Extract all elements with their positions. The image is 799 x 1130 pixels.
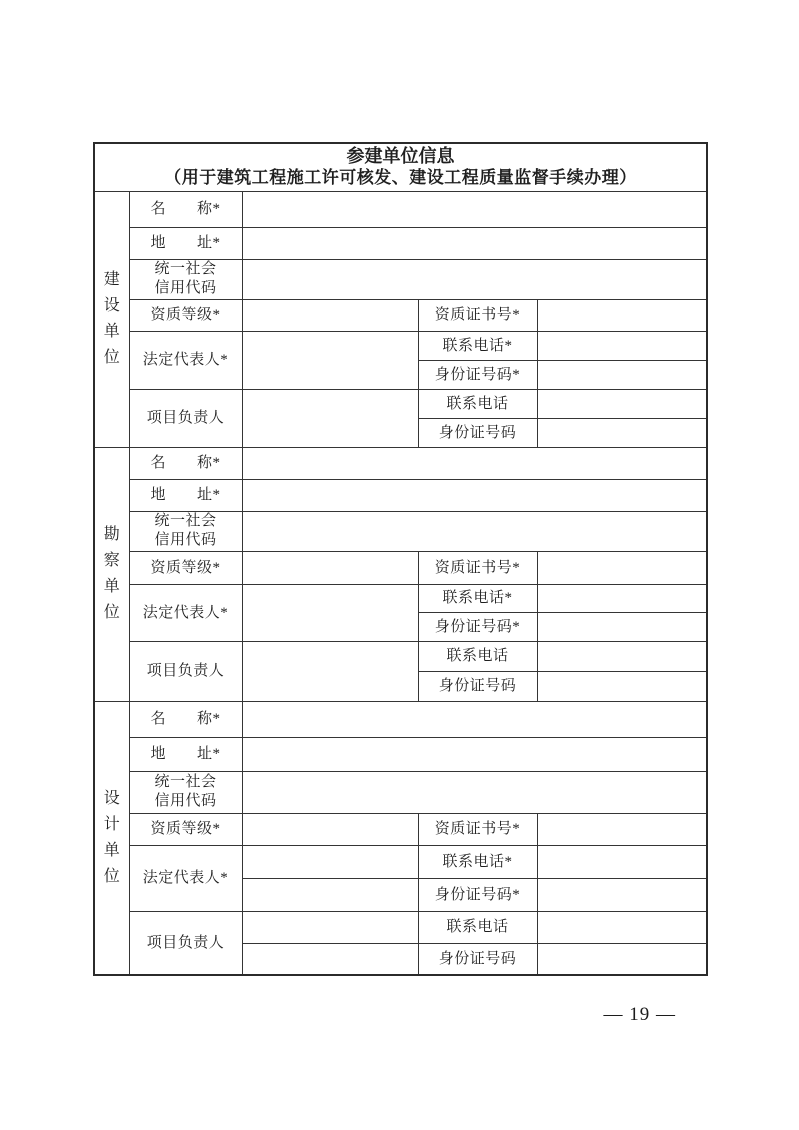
address-label: 地 址* — [129, 227, 242, 259]
pm-phone-value — [537, 389, 707, 418]
legal-id-value — [537, 612, 707, 641]
credit-code-label-line2: 信用代码 — [130, 792, 242, 812]
section-cell-construction-unit: 建设单位 — [94, 191, 129, 447]
address-label: 地 址* — [129, 479, 242, 511]
pm-id-label: 身份证号码 — [418, 671, 537, 701]
legal-phone-label: 联系电话* — [418, 331, 537, 360]
legal-id-label: 身份证号码* — [418, 878, 537, 911]
address-value — [242, 737, 707, 771]
name-value — [242, 447, 707, 479]
legal-phone-value — [537, 331, 707, 360]
legal-phone-label: 联系电话* — [418, 584, 537, 612]
cert-no-label: 资质证书号* — [418, 813, 537, 845]
credit-code-value — [242, 511, 707, 551]
pm-value-upper — [242, 911, 418, 943]
credit-code-label-line1: 统一社会 — [130, 773, 242, 793]
qualification-value — [242, 813, 418, 845]
credit-code-value — [242, 771, 707, 813]
legal-rep-value — [242, 584, 418, 641]
table-subtitle: （用于建筑工程施工许可核发、建设工程质量监督手续办理） — [95, 167, 706, 189]
credit-code-label: 统一社会 信用代码 — [129, 511, 242, 551]
address-value — [242, 227, 707, 259]
participating-units-table: 参建单位信息 （用于建筑工程施工许可核发、建设工程质量监督手续办理） 建设单位 … — [93, 142, 708, 976]
qualification-label: 资质等级* — [129, 551, 242, 584]
name-value — [242, 191, 707, 227]
name-label: 名 称* — [129, 191, 242, 227]
credit-code-label-line1: 统一社会 — [130, 512, 242, 532]
pm-phone-value — [537, 911, 707, 943]
section-label-design-unit: 设计单位 — [103, 786, 120, 890]
legal-id-value — [537, 360, 707, 389]
pm-id-value — [537, 671, 707, 701]
credit-code-label-line2: 信用代码 — [130, 531, 242, 551]
pm-phone-label: 联系电话 — [418, 911, 537, 943]
name-value — [242, 701, 707, 737]
legal-phone-value — [537, 845, 707, 878]
qualification-label: 资质等级* — [129, 299, 242, 331]
pm-label: 项目负责人 — [129, 911, 242, 975]
pm-phone-label: 联系电话 — [418, 389, 537, 418]
qualification-label: 资质等级* — [129, 813, 242, 845]
legal-rep-label: 法定代表人* — [129, 845, 242, 911]
legal-rep-value-lower — [242, 878, 418, 911]
pm-label: 项目负责人 — [129, 389, 242, 447]
cert-no-value — [537, 813, 707, 845]
pm-value — [242, 389, 418, 447]
section-cell-survey-unit: 勘察单位 — [94, 447, 129, 701]
legal-id-label: 身份证号码* — [418, 360, 537, 389]
qualification-value — [242, 551, 418, 584]
address-label: 地 址* — [129, 737, 242, 771]
address-value — [242, 479, 707, 511]
pm-id-label: 身份证号码 — [418, 418, 537, 447]
pm-id-value — [537, 943, 707, 975]
cert-no-label: 资质证书号* — [418, 299, 537, 331]
credit-code-value — [242, 259, 707, 299]
table-title: 参建单位信息 — [95, 145, 706, 167]
cert-no-label: 资质证书号* — [418, 551, 537, 584]
legal-phone-label: 联系电话* — [418, 845, 537, 878]
legal-phone-value — [537, 584, 707, 612]
name-label: 名 称* — [129, 447, 242, 479]
pm-id-label: 身份证号码 — [418, 943, 537, 975]
section-cell-design-unit: 设计单位 — [94, 701, 129, 975]
document-page: 参建单位信息 （用于建筑工程施工许可核发、建设工程质量监督手续办理） 建设单位 … — [0, 0, 799, 1130]
legal-rep-value-upper — [242, 845, 418, 878]
pm-label: 项目负责人 — [129, 641, 242, 701]
legal-rep-label: 法定代表人* — [129, 331, 242, 389]
qualification-value — [242, 299, 418, 331]
pm-id-value — [537, 418, 707, 447]
section-label-survey-unit: 勘察单位 — [103, 522, 120, 626]
legal-rep-label: 法定代表人* — [129, 584, 242, 641]
section-label-construction-unit: 建设单位 — [103, 267, 120, 371]
credit-code-label-line1: 统一社会 — [130, 260, 242, 280]
name-label: 名 称* — [129, 701, 242, 737]
pm-value — [242, 641, 418, 701]
table-title-cell: 参建单位信息 （用于建筑工程施工许可核发、建设工程质量监督手续办理） — [94, 143, 707, 191]
pm-phone-label: 联系电话 — [418, 641, 537, 671]
cert-no-value — [537, 299, 707, 331]
pm-value-lower — [242, 943, 418, 975]
credit-code-label: 统一社会 信用代码 — [129, 771, 242, 813]
cert-no-value — [537, 551, 707, 584]
credit-code-label: 统一社会 信用代码 — [129, 259, 242, 299]
legal-id-label: 身份证号码* — [418, 612, 537, 641]
legal-rep-value — [242, 331, 418, 389]
pm-phone-value — [537, 641, 707, 671]
page-number: — 19 — — [0, 1004, 676, 1026]
legal-id-value — [537, 878, 707, 911]
credit-code-label-line2: 信用代码 — [130, 279, 242, 299]
